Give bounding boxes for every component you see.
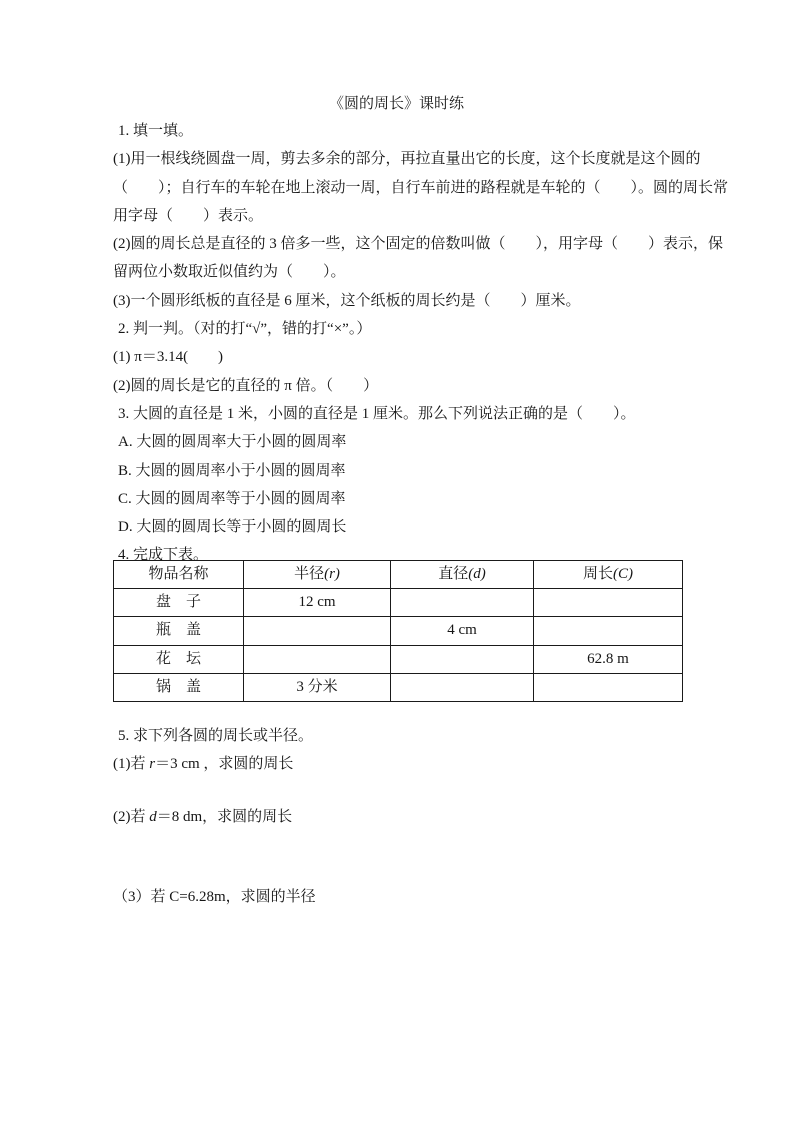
q3-option-c: C. 大圆的圆周率等于小圆的圆周率 xyxy=(113,485,693,513)
q5-item-2-variable: d xyxy=(149,809,157,825)
cell-plate-diameter xyxy=(391,589,534,617)
table-row-flower-bed: 花 坛 62.8 m xyxy=(114,645,683,673)
table-row-bottle-cap: 瓶 盖 4 cm xyxy=(114,617,683,645)
cell-pot-lid-circumference xyxy=(534,673,683,701)
cell-flower-bed-diameter xyxy=(391,645,534,673)
cell-pot-lid-name: 锅 盖 xyxy=(114,673,244,701)
col-header-symbol: (r) xyxy=(324,566,340,582)
col-header-radius: 半径(r) xyxy=(244,561,391,589)
q3-option-a: A. 大圆的圆周率大于小圆的圆周率 xyxy=(113,428,693,456)
cell-bottle-cap-name: 瓶 盖 xyxy=(114,617,244,645)
col-header-label: 周长 xyxy=(583,566,613,582)
q1-part1-line1: (1)用一根线绕圆盘一周，剪去多余的部分，再拉直量出它的长度，这个长度就是这个圆… xyxy=(113,145,693,173)
cell-flower-bed-radius xyxy=(244,645,391,673)
col-header-diameter: 直径(d) xyxy=(391,561,534,589)
q5-item-2-text: ＝8 dm，求圆的周长 xyxy=(157,809,292,825)
cell-bottle-cap-circumference xyxy=(534,617,683,645)
q2-heading: 2. 判一判。（对的打“√”，错的打“×”。） xyxy=(113,315,693,343)
page-title: 《圆的周长》课时练 xyxy=(0,93,793,115)
q2-part1: (1) π＝3.14( ) xyxy=(113,343,693,371)
col-header-symbol: (C) xyxy=(613,566,633,582)
q3-option-b: B. 大圆的圆周率小于小圆的圆周率 xyxy=(113,457,693,485)
table-row-plate: 盘 子 12 cm xyxy=(114,589,683,617)
q5-heading: 5. 求下列各圆的周长或半径。 xyxy=(113,722,313,750)
q5-item-1-text: (1)若 xyxy=(113,756,149,772)
cell-bottle-cap-diameter: 4 cm xyxy=(391,617,534,645)
cell-plate-circumference xyxy=(534,589,683,617)
q1-part2-line2: 留两位小数取近似值约为（ ）。 xyxy=(113,258,693,286)
cell-plate-name: 盘 子 xyxy=(114,589,244,617)
q2-part2: (2)圆的周长是它的直径的 π 倍。（ ） xyxy=(113,372,693,400)
cell-flower-bed-name: 花 坛 xyxy=(114,645,244,673)
table-row-pot-lid: 锅 盖 3 分米 xyxy=(114,673,683,701)
worksheet-page: 《圆的周长》课时练 1. 填一填。 (1)用一根线绕圆盘一周，剪去多余的部分，再… xyxy=(0,0,793,1122)
q5-item-2: (2)若 d＝8 dm，求圆的周长 xyxy=(113,803,292,831)
q1-heading: 1. 填一填。 xyxy=(113,117,693,145)
cell-pot-lid-diameter xyxy=(391,673,534,701)
q1-part3: (3)一个圆形纸板的直径是 6 厘米，这个纸板的周长约是（ ）厘米。 xyxy=(113,287,693,315)
col-header-label: 直径 xyxy=(438,566,468,582)
q5-item-2-text: (2)若 xyxy=(113,809,149,825)
q3-option-d: D. 大圆的圆周长等于小圆的圆周长 xyxy=(113,513,693,541)
table-header-row: 物品名称 半径(r) 直径(d) 周长(C) xyxy=(114,561,683,589)
q5-item-1: (1)若 r＝3 cm ，求圆的周长 xyxy=(113,750,293,778)
col-header-item-name: 物品名称 xyxy=(114,561,244,589)
col-header-label: 物品名称 xyxy=(148,566,208,582)
col-header-circumference: 周长(C) xyxy=(534,561,683,589)
cell-pot-lid-radius: 3 分米 xyxy=(244,673,391,701)
cell-bottle-cap-radius xyxy=(244,617,391,645)
q5-item-3: （3）若 C=6.28m，求圆的半径 xyxy=(113,883,316,911)
q5-item-1-text: ＝3 cm ，求圆的周长 xyxy=(155,756,293,772)
col-header-symbol: (d) xyxy=(468,566,486,582)
cell-flower-bed-circumference: 62.8 m xyxy=(534,645,683,673)
q1-part1-line2: （ ）；自行车的车轮在地上滚动一周，自行车前进的路程就是车轮的（ ）。圆的周长常 xyxy=(113,174,693,202)
q3-heading: 3. 大圆的直径是 1 米，小圆的直径是 1 厘米。那么下列说法正确的是（ ）。 xyxy=(113,400,693,428)
q1-part2-line1: (2)圆的周长总是直径的 3 倍多一些，这个固定的倍数叫做（ ），用字母（ ）表… xyxy=(113,230,693,258)
q5-item-3-text: （3）若 C=6.28m，求圆的半径 xyxy=(113,889,316,905)
q1-part1-line3: 用字母（ ）表示。 xyxy=(113,202,693,230)
q4-fill-table: 物品名称 半径(r) 直径(d) 周长(C) 盘 子 12 cm 瓶 盖 4 c… xyxy=(113,560,683,702)
col-header-label: 半径 xyxy=(294,566,324,582)
worksheet-body: 1. 填一填。 (1)用一根线绕圆盘一周，剪去多余的部分，再拉直量出它的长度，这… xyxy=(113,117,693,570)
cell-plate-radius: 12 cm xyxy=(244,589,391,617)
